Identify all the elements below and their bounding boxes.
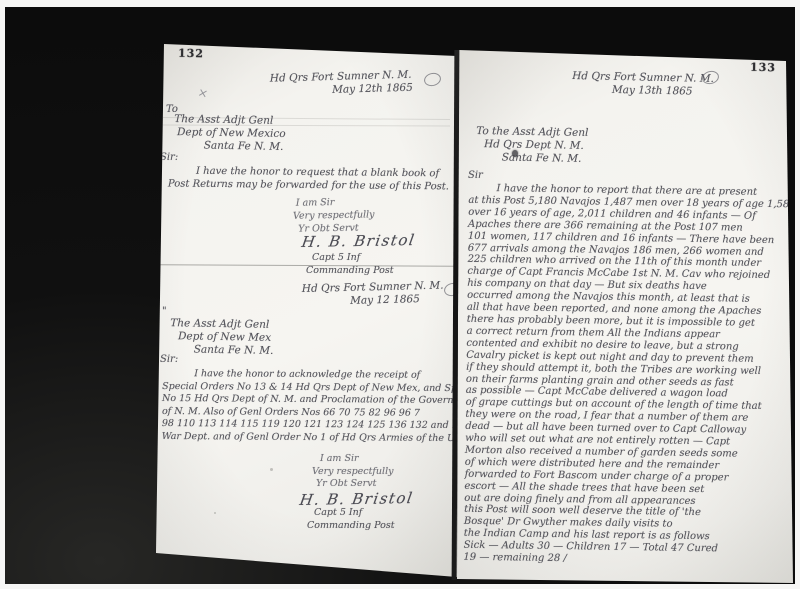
letter2-address: The Asst Adjt GenlDept of New MexSanta F… (170, 317, 274, 358)
letter2-salutation: Sir: (160, 354, 178, 365)
letter2-closing: I am SirVery respectfullyYr Obt Servt (320, 453, 394, 491)
letter2-body: I have the honor to acknowledge the rece… (162, 368, 459, 445)
letter1-signature: H. B. Bristol (300, 231, 416, 251)
pencil-mark: × (196, 85, 209, 101)
letter2-heading: Hd Qrs Fort Sumner N. M.May 12 1865 (302, 279, 468, 309)
ink-blot (512, 150, 518, 157)
handwriting-line: Capt 5 Inf (312, 251, 394, 264)
letter1-address: The Asst Adjt GenlDept of New MexicoSant… (174, 113, 286, 154)
letter1-closing: I am SirVery respectfullyYr Obt Servt (296, 195, 375, 235)
handwriting-line: Dept of New Mexico (177, 126, 286, 141)
right-page: 133 Hd Qrs Fort Sumner N. M.May 13th 186… (452, 44, 800, 589)
handwriting-line: May 12th 1865 (332, 80, 458, 97)
handwriting-line: Post Returns may be forwarded for the us… (168, 177, 456, 193)
handwriting-line: Santa Fe N. M. (204, 140, 286, 154)
paper-speck (214, 512, 216, 514)
handwriting-line: Commanding Post (307, 519, 395, 532)
left-page: 132 × Hd Qrs Fort Sumner N. M.May 12th 1… (152, 40, 458, 580)
report-body: I have the honor to report that there ar… (463, 183, 790, 568)
letter2-ditto-mark: " (162, 306, 167, 317)
handwriting-line: Dept of New Mex (178, 330, 274, 345)
letter1-body: I have the honor to request that a blank… (168, 164, 456, 193)
letter1-salutation: Sir: (160, 152, 178, 163)
paper-speck (270, 468, 273, 471)
handwriting-line: May 13th 1865 (612, 84, 762, 100)
handwriting-line: I am Sir (320, 453, 394, 466)
handwriting-line: Santa Fe N. M. (194, 344, 274, 358)
handwriting-line: Capt 5 Inf (314, 506, 395, 519)
handwriting-line: Very respectfully (312, 466, 394, 479)
letter2-signature-title: Capt 5 InfCommanding Post (314, 506, 395, 532)
report-heading: Hd Qrs Fort Sumner N. M.May 13th 1865 (572, 70, 763, 100)
paper-speck (634, 344, 636, 346)
page-number-left: 132 (178, 47, 204, 60)
scanned-document: 132 × Hd Qrs Fort Sumner N. M.May 12th 1… (0, 0, 800, 589)
letter1-signature-title: Capt 5 InfCommanding Post (312, 251, 394, 277)
report-salutation: Sir (468, 170, 483, 181)
handwriting-line: Hd Qrs Dept N. M. (484, 138, 588, 153)
page-number-right: 133 (750, 61, 776, 74)
handwriting-line: War Dept. and of Genl Order No 1 of Hd Q… (162, 430, 458, 445)
report-address: To the Asst Adjt GenlHd Qrs Dept N. M.Sa… (476, 125, 589, 166)
handwriting-line: Very respectfully (293, 208, 375, 222)
